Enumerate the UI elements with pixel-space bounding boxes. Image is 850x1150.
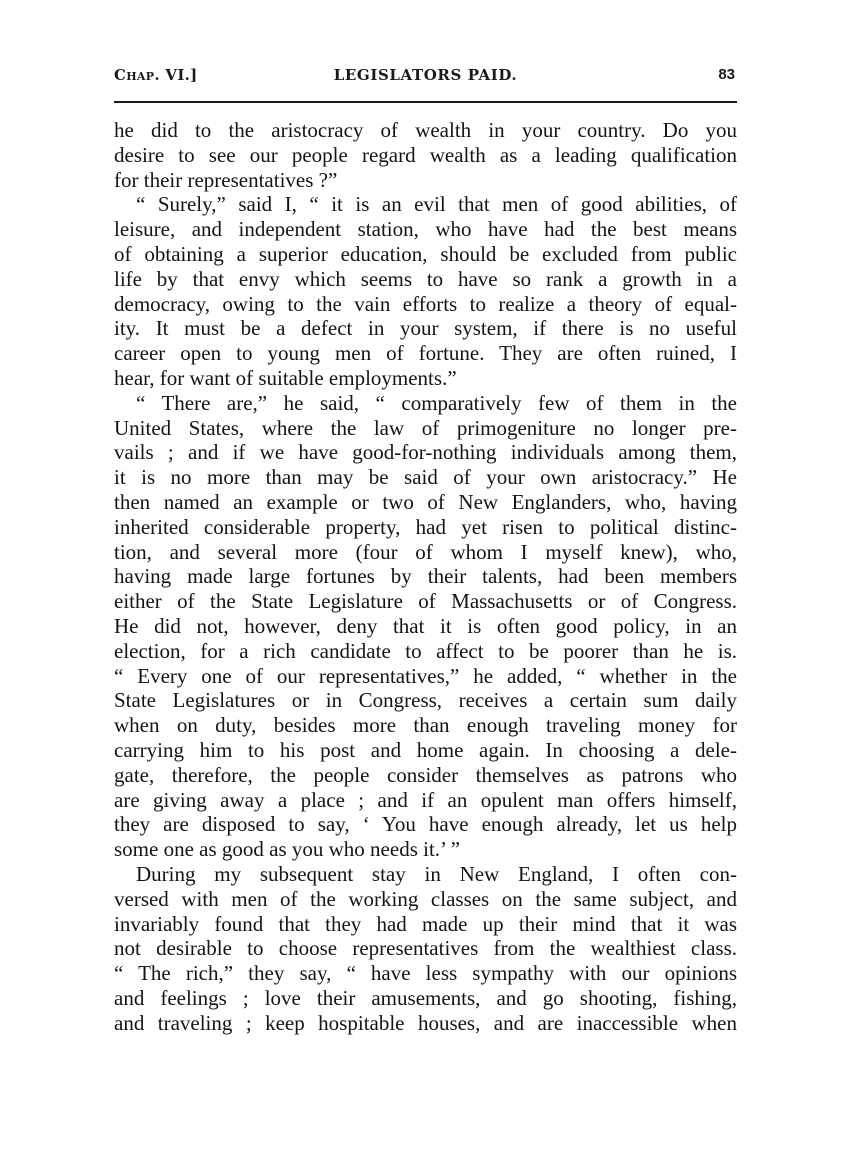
text-line: gate, therefore, the people consider the…	[114, 763, 737, 788]
body-text: he did to the aristocracy of wealth in y…	[114, 118, 737, 1035]
text-line: ity. It must be a defect in your system,…	[114, 316, 737, 341]
text-line: desire to see our people regard wealth a…	[114, 143, 737, 168]
text-line: career open to young men of fortune. The…	[114, 341, 737, 366]
text-line: when on duty, besides more than enough t…	[114, 713, 737, 738]
text-line: having made large fortunes by their tale…	[114, 564, 737, 589]
text-line: tion, and several more (four of whom I m…	[114, 540, 737, 565]
text-line: then named an example or two of New Engl…	[114, 490, 737, 515]
text-line: State Legislatures or in Congress, recei…	[114, 688, 737, 713]
text-line: he did to the aristocracy of wealth in y…	[114, 118, 737, 143]
text-line: vails ; and if we have good-for-nothing …	[114, 440, 737, 465]
header-rule	[114, 101, 737, 103]
text-line: He did not, however, deny that it is oft…	[114, 614, 737, 639]
text-line: not desirable to choose representatives …	[114, 936, 737, 961]
text-line: of obtaining a superior education, shoul…	[114, 242, 737, 267]
running-title: LEGISLATORS PAID.	[114, 66, 737, 84]
text-line: “ The rich,” they say, “ have less sympa…	[114, 961, 737, 986]
text-line: and feelings ; love their amusements, an…	[114, 986, 737, 1011]
text-line: carrying him to his post and home again.…	[114, 738, 737, 763]
text-line: life by that envy which seems to have so…	[114, 267, 737, 292]
text-line: they are disposed to say, ‘ You have eno…	[114, 812, 737, 837]
text-line: “ Surely,” said I, “ it is an evil that …	[114, 192, 737, 217]
text-line: hear, for want of suitable employments.”	[114, 366, 737, 391]
text-line: inherited considerable property, had yet…	[114, 515, 737, 540]
text-line: election, for a rich candidate to affect…	[114, 639, 737, 664]
text-line: During my subsequent stay in New England…	[114, 862, 737, 887]
page-number: 83	[718, 66, 735, 83]
text-line: it is no more than may be said of your o…	[114, 465, 737, 490]
text-line: “ There are,” he said, “ comparatively f…	[114, 391, 737, 416]
text-line: democracy, owing to the vain efforts to …	[114, 292, 737, 317]
text-line: “ Every one of our representatives,” he …	[114, 664, 737, 689]
book-page: Chap. VI.] LEGISLATORS PAID. 83 he did t…	[0, 0, 850, 1150]
text-line: leisure, and independent station, who ha…	[114, 217, 737, 242]
text-line: versed with men of the working classes o…	[114, 887, 737, 912]
running-header: Chap. VI.] LEGISLATORS PAID. 83	[114, 66, 737, 92]
text-line: either of the State Legislature of Massa…	[114, 589, 737, 614]
text-line: some one as good as you who needs it.’ ”	[114, 837, 737, 862]
text-line: invariably found that they had made up t…	[114, 912, 737, 937]
text-line: are giving away a place ; and if an opul…	[114, 788, 737, 813]
text-line: United States, where the law of primogen…	[114, 416, 737, 441]
text-line: and traveling ; keep hospitable houses, …	[114, 1011, 737, 1036]
text-line: for their representatives ?”	[114, 168, 737, 193]
